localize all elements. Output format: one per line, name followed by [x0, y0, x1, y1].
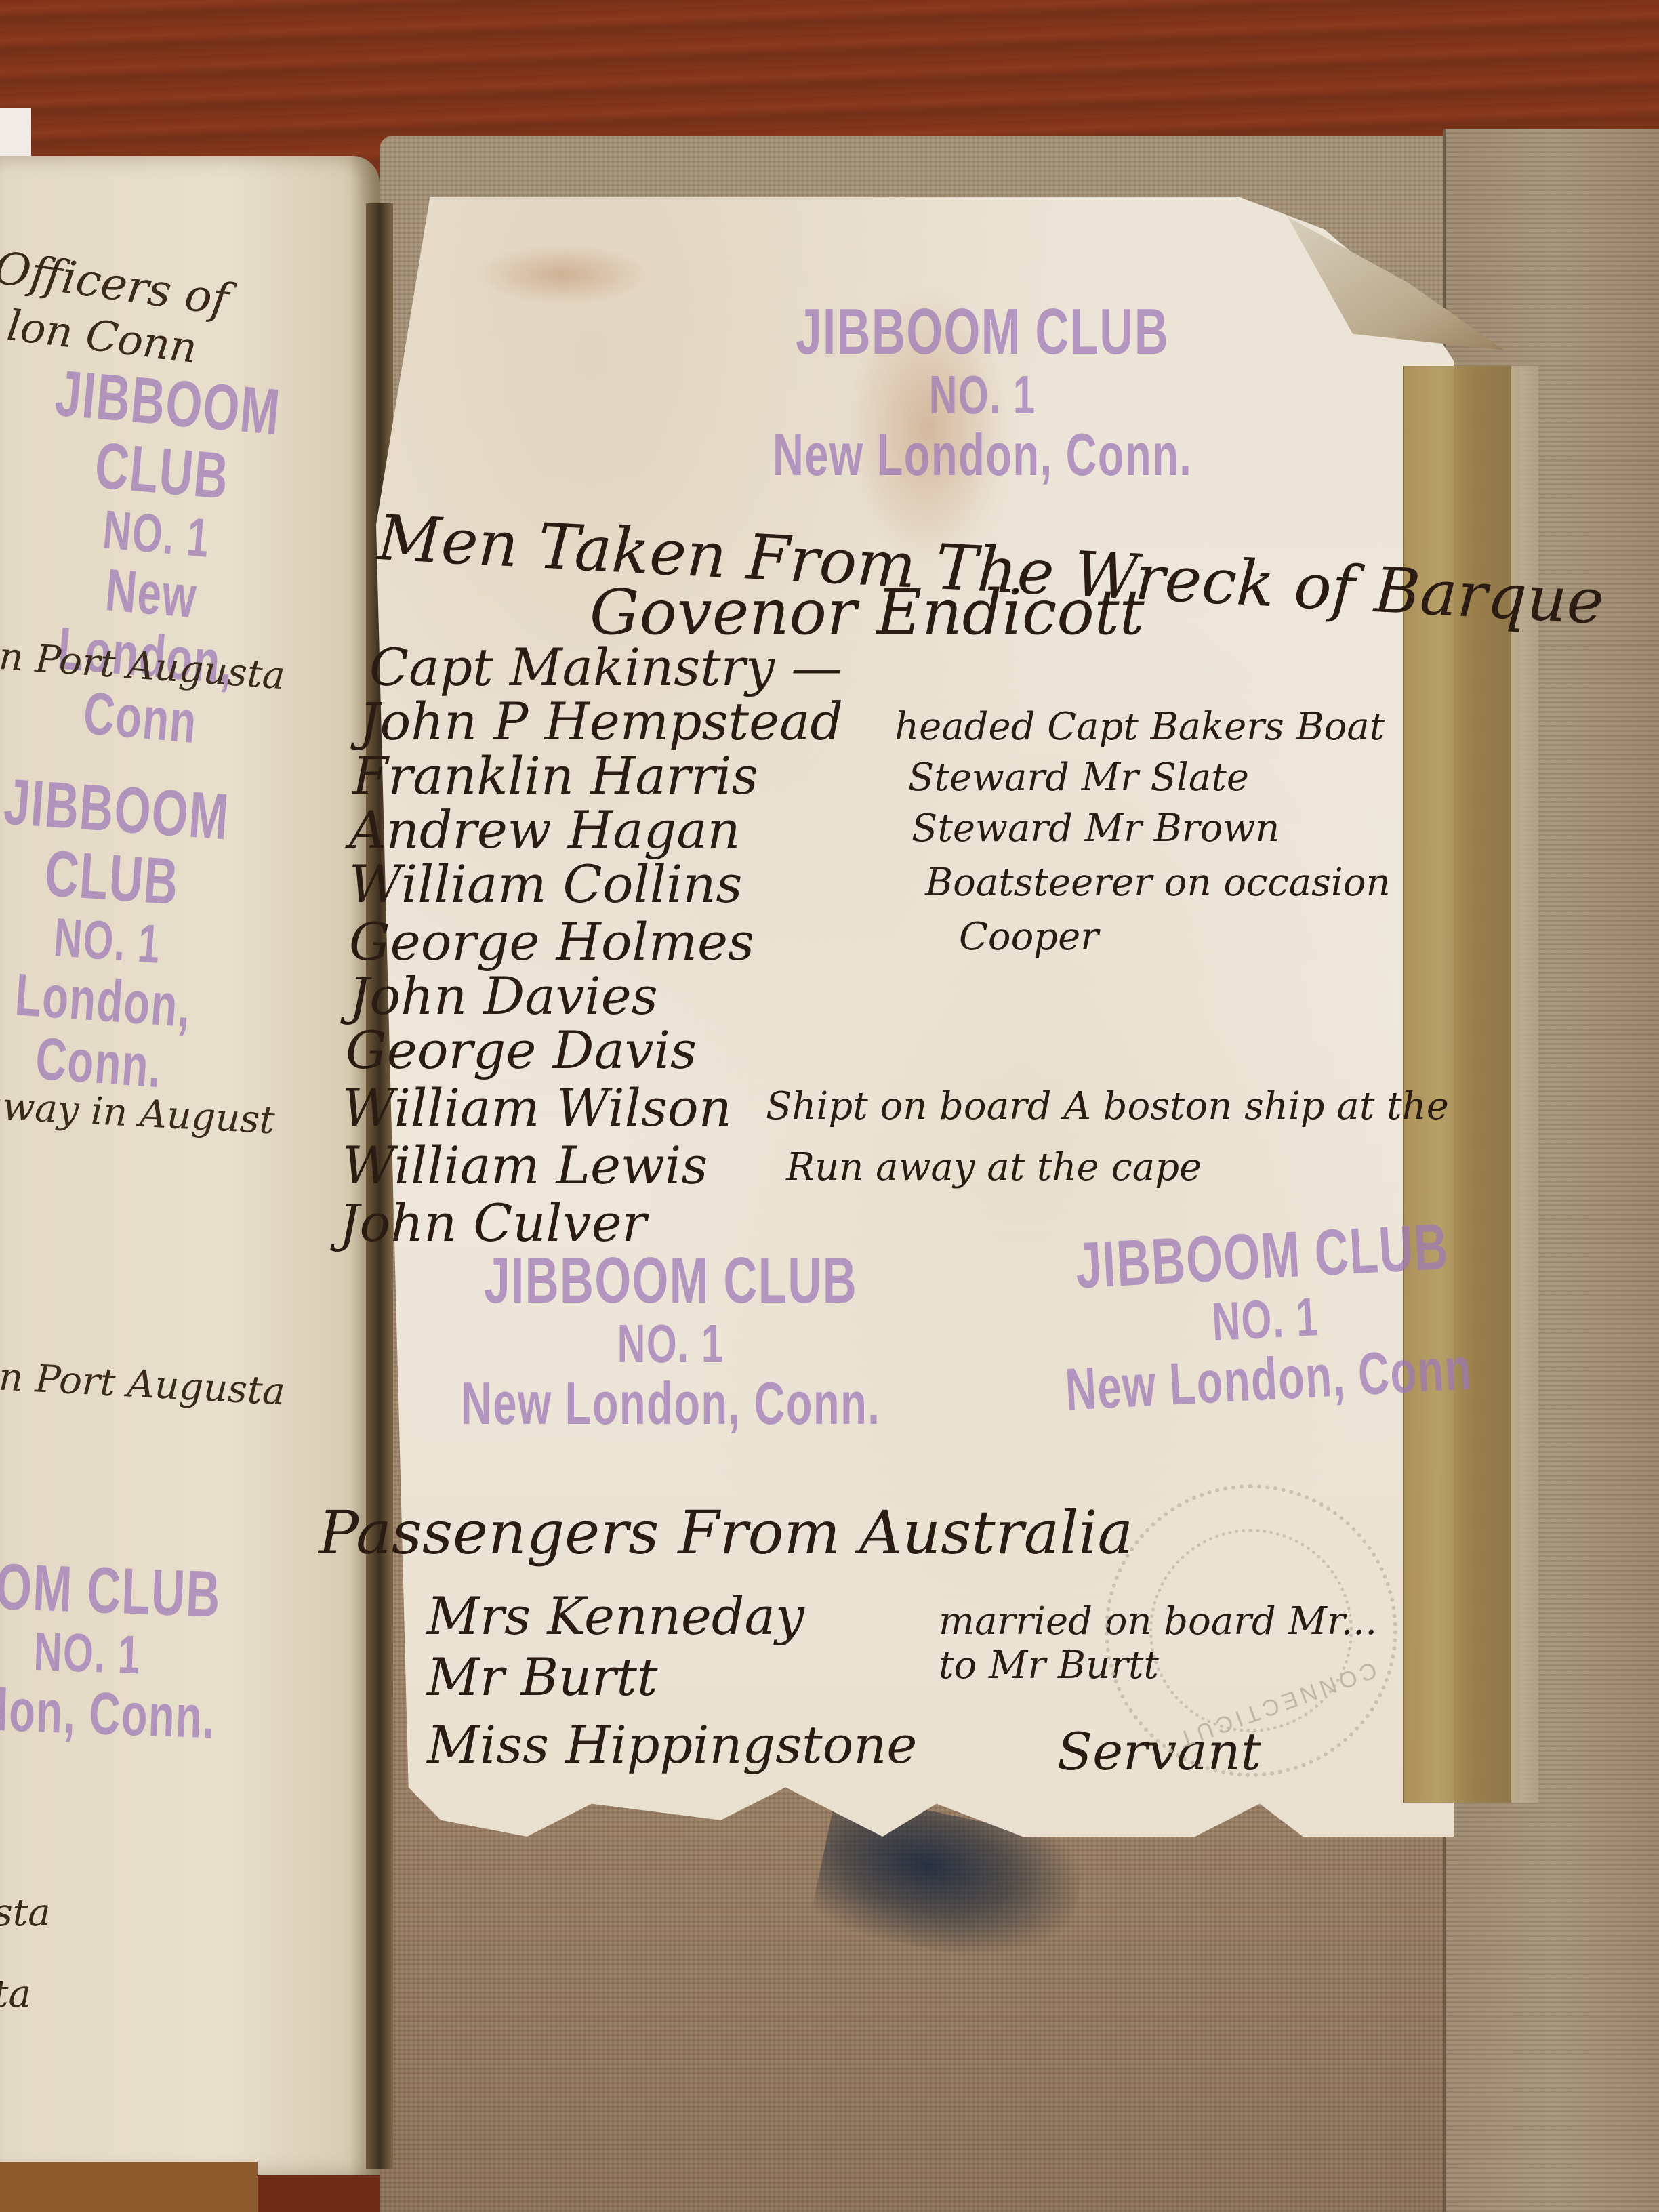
left-stamp-3: OOM CLUB NO. 1 ndon, Conn.: [0, 1552, 222, 1749]
left-stamp-2: JIBBOOM CLUB NO. 1 London, Conn.: [0, 766, 265, 1104]
crew-name: William Wilson: [342, 1078, 732, 1138]
crew-name: William Lewis: [342, 1135, 708, 1195]
right-stamp-middle-right: JIBBOOM CLUB NO. 1 New London, Conn: [1057, 1212, 1473, 1421]
left-note-3: in Port Augusta: [0, 1355, 286, 1414]
crew-name: John Davies: [349, 966, 658, 1026]
crew-note: Boatsteerer on occasion: [925, 861, 1391, 905]
crew-name: George Holmes: [349, 912, 754, 972]
left-note-5: ta: [0, 1972, 31, 2016]
water-stain: [474, 244, 651, 305]
left-page-edge: [0, 2162, 258, 2212]
left-page: Officers of lon Conn JIBBOOM CLUB NO. 1 …: [0, 156, 380, 2175]
passenger-name: Mr Burtt: [427, 1647, 658, 1707]
left-stamp-1: JIBBOOM CLUB NO. 1 New London, Conn: [21, 359, 287, 760]
left-note-4: sta: [0, 1891, 51, 1935]
crew-note: Steward Mr Brown: [912, 806, 1279, 851]
right-stamp-middle-left: JIBBOOM CLUB NO. 1 New London, Conn.: [461, 1247, 880, 1435]
right-stamp-top: JIBBOOM CLUB NO. 1 New London, Conn.: [773, 298, 1192, 486]
crew-note: Shipt on board A boston ship at the: [766, 1084, 1449, 1128]
crew-name: John P Hempstead: [359, 691, 843, 752]
crew-name: John Culver: [339, 1193, 647, 1253]
crew-note: Run away at the cape: [786, 1145, 1202, 1189]
paper-tab: [0, 108, 31, 156]
crew-name: Capt Makinstry —: [369, 637, 842, 697]
passenger-name: Miss Hippingstone: [427, 1715, 917, 1775]
crew-name: Franklin Harris: [352, 745, 758, 806]
crew-name: William Collins: [349, 854, 742, 914]
crew-name: George Davis: [346, 1020, 697, 1080]
crew-note: headed Capt Bakers Boat: [895, 705, 1385, 749]
crew-note: Steward Mr Slate: [908, 756, 1249, 800]
passenger-name: Mrs Kenneday: [427, 1586, 804, 1646]
crew-name: Andrew Hagan: [349, 800, 741, 860]
passengers-heading: Passengers From Australia: [319, 1498, 1133, 1568]
crew-note: Cooper: [959, 915, 1099, 959]
embossed-seal: CONNECTICUT: [1105, 1484, 1397, 1777]
